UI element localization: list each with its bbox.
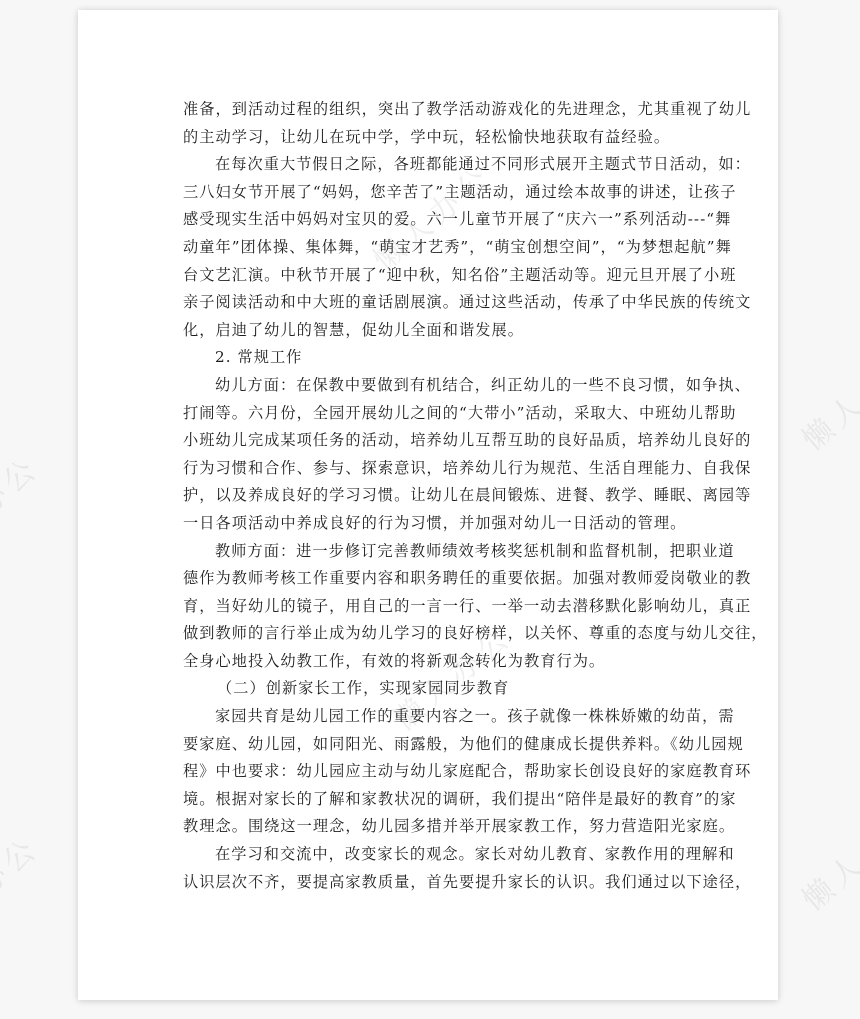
text-line: 一日各项活动中养成良好的行为习惯，并加强对幼儿一日活动的管理。 xyxy=(183,510,675,538)
text-line: 感受现实生活中妈妈对宝贝的爱。六一儿童节开展了“庆六一”系列活动---“舞 xyxy=(183,206,675,234)
text-line: 德作为教师考核工作重要内容和职务聘任的重要依据。加强对教师爱岗敬业的教 xyxy=(183,565,675,593)
document-page: 懒人办公 懒人办公 准备，到活动过程的组织，突出了教学活动游戏化的先进理念，尤其… xyxy=(78,10,778,1000)
watermark-right-bottom: 懒人 xyxy=(791,839,860,919)
document-viewer[interactable]: 办公 办公 懒人 懒人 懒人办公 懒人办公 准备，到活动过程的组织，突出了教学活… xyxy=(0,0,860,1019)
watermark-left-bottom: 办公 xyxy=(0,824,47,904)
text-line: 行为习惯和合作、参与、探索意识，培养幼儿行为规范、生活自理能力、自我保 xyxy=(183,455,675,483)
watermark-left-top: 办公 xyxy=(0,444,47,524)
text-line: 打闹等。六月份，全园开展幼儿之间的“大带小”活动，采取大、中班幼儿帮助 xyxy=(183,400,675,428)
text-line: 三八妇女节开展了“妈妈，您辛苦了”主题活动，通过绘本故事的讲述，让孩子 xyxy=(183,179,675,207)
text-line: 程》中也要求：幼儿园应主动与幼儿家庭配合，帮助家长创设良好的家庭教育环 xyxy=(183,758,675,786)
text-line: 教理念。围绕这一理念，幼儿园多措并举开展家教工作，努力营造阳光家庭。 xyxy=(183,813,675,841)
paragraph-start-line: 在学习和交流中，改变家长的观念。家长对幼儿教育、家教作用的理解和 xyxy=(183,841,675,869)
text-line: 的主动学习，让幼儿在玩中学，学中玩，轻松愉快地获取有益经验。 xyxy=(183,124,675,152)
document-body: 准备，到活动过程的组织，突出了教学活动游戏化的先进理念，尤其重视了幼儿 的主动学… xyxy=(183,96,675,896)
text-line: 小班幼儿完成某项任务的活动，培养幼儿互帮互助的良好品质，培养幼儿良好的 xyxy=(183,427,675,455)
section-heading: 2. 常规工作 xyxy=(183,344,675,372)
text-line: 台文艺汇演。中秋节开展了“迎中秋，知名俗”主题活动等。迎元旦开展了小班 xyxy=(183,262,675,290)
text-line: 准备，到活动过程的组织，突出了教学活动游戏化的先进理念，尤其重视了幼儿 xyxy=(183,96,675,124)
text-line: 认识层次不齐，要提高家教质量，首先要提升家长的认识。我们通过以下途径， xyxy=(183,869,675,897)
paragraph-start-line: 家园共育是幼儿园工作的重要内容之一。孩子就像一株株娇嫩的幼苗，需 xyxy=(183,703,675,731)
section-heading: （二）创新家长工作，实现家园同步教育 xyxy=(183,675,675,703)
text-line: 化，启迪了幼儿的智慧，促幼儿全面和谐发展。 xyxy=(183,317,675,345)
text-line: 动童年”团体操、集体舞，“萌宝才艺秀”，“萌宝创想空间”，“为梦想起航”舞 xyxy=(183,234,675,262)
paragraph-start-line: 在每次重大节假日之际，各班都能通过不同形式展开主题式节日活动，如： xyxy=(183,151,675,179)
paragraph-start-line: 幼儿方面：在保教中要做到有机结合，纠正幼儿的一些不良习惯，如争执、 xyxy=(183,372,675,400)
text-line: 做到教师的言行举止成为幼儿学习的良好榜样，以关怀、尊重的态度与幼儿交往， xyxy=(183,620,675,648)
text-line: 境。根据对家长的了解和家教状况的调研，我们提出“陪伴是最好的教育”的家 xyxy=(183,786,675,814)
paragraph-start-line: 教师方面：进一步修订完善教师绩效考核奖惩机制和监督机制，把职业道 xyxy=(183,538,675,566)
text-line: 护，以及养成良好的学习习惯。让幼儿在晨间锻炼、进餐、教学、睡眠、离园等 xyxy=(183,482,675,510)
text-line: 亲子阅读活动和中大班的童话剧展演。通过这些活动，传承了中华民族的传统文 xyxy=(183,289,675,317)
text-line: 全身心地投入幼教工作，有效的将新观念转化为教育行为。 xyxy=(183,648,675,676)
watermark-right-top: 懒人 xyxy=(791,379,860,459)
text-line: 育，当好幼儿的镜子，用自己的一言一行、一举一动去潜移默化影响幼儿，真正 xyxy=(183,593,675,621)
text-line: 要家庭、幼儿园，如同阳光、雨露般，为他们的健康成长提供养料。《幼儿园规 xyxy=(183,731,675,759)
